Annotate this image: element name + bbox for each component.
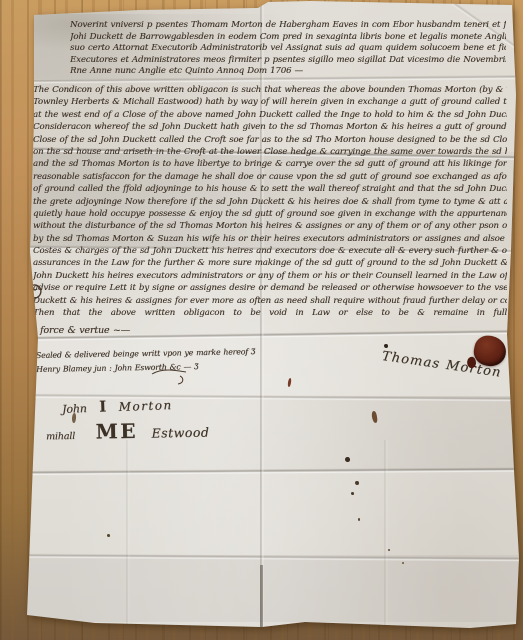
ink-spot [355,481,359,485]
attestation-squiggle [150,368,190,386]
ink-spot [384,344,388,348]
bond-line-date: Rne Anne nunc Anglie etc Quinto Annoq Do… [70,66,506,78]
condition-line: Townley Herberts & Michall Eastwood) hat… [33,96,507,108]
paper-sheet-wrap: Noverint vniversi p psentes Thomam Morto… [0,0,523,640]
quarter-vertical-fold [384,440,388,640]
condition-line: assurances in the Law for the further & … [33,257,507,269]
ink-spot [402,562,404,564]
condition-line: Consideracon whereof the sd John Duckett… [33,121,507,133]
witness-signature-michael-estwood: mihall ME Estwood [46,418,210,445]
quarter-vertical-fold [126,440,130,640]
witness-last-name: Morton [118,398,172,414]
condition-paragraph: The Condicon of this above written oblig… [33,84,507,319]
photo-old-document: Noverint vniversi p psentes Thomam Morto… [0,0,523,640]
witness-prefix: mihall [46,431,75,443]
fold-band-shade [0,555,523,622]
condition-line: at the west end of a Close of the above … [33,109,507,121]
ink-spot [345,457,350,462]
closing-words: force & vertue ~— [40,325,130,336]
stain-spot [371,411,378,424]
bond-line: Johi Duckett de Barrowgablesden in eodem… [70,32,506,44]
bond-line: suo certo Attornat Executorib Administra… [70,43,506,55]
witness-signature-john-morton: John I Morton [62,394,173,417]
ink-spot [388,549,390,551]
condition-line: Then that the above written obligacon to… [33,307,507,319]
condition-line: Duckett & his heires & assignes for ever… [33,295,507,307]
condition-line: of ground called the ffold adjoyninge to… [33,183,507,195]
condition-line: reasonable satisfaccon for the damage he… [33,171,507,183]
condition-line: quietly haue hold occupye possesse & enj… [33,208,507,220]
condition-line: on the sd house and ariseth in the Croft… [33,146,507,158]
red-edge-stain [1,330,6,338]
margin-paraph-flourish [20,280,50,310]
bond-line: Executores et Administratores meos firmi… [70,55,506,67]
condition-line: the grete adjoyninge Now therefore if th… [33,196,507,208]
condition-line: John Duckett his heires executors admini… [33,270,507,282]
center-fold-dark-tail [260,565,263,627]
condition-line: by the sd Thomas Morton & Suzan his wife… [33,233,507,245]
condition-line: advise or require Lett it by signe or as… [33,282,507,294]
bond-paragraph: Noverint vniversi p psentes Thomam Morto… [70,20,506,78]
witness-mark: I [99,397,106,415]
bond-line: Noverint vniversi p psentes Thomam Morto… [70,20,506,32]
witness-first-name: John [62,402,87,416]
fold-crease [0,467,523,476]
margin-mark [3,156,21,172]
condition-line: without the disturbance of the sd Thomas… [33,220,507,232]
witness-last-name: Estwood [151,425,209,441]
ink-spot [351,492,354,495]
paper-sheet: Noverint vniversi p psentes Thomam Morto… [0,0,523,640]
witness-mark-ME: ME [95,419,138,444]
condition-line: Costes & charges of the sd John Duckett … [33,245,507,257]
stain-spot [287,378,292,387]
attestation-block: Sealed & delivered beinge writt vpon ye … [36,345,256,376]
ink-spot [358,518,360,521]
condition-line: and the sd Thomas Morton is to have libe… [33,158,507,170]
ink-spot [107,534,110,537]
fold-crease [0,553,523,562]
condition-line: Close of the sd John Duckett called the … [33,134,507,146]
condition-line: The Condicon of this above written oblig… [33,84,507,96]
